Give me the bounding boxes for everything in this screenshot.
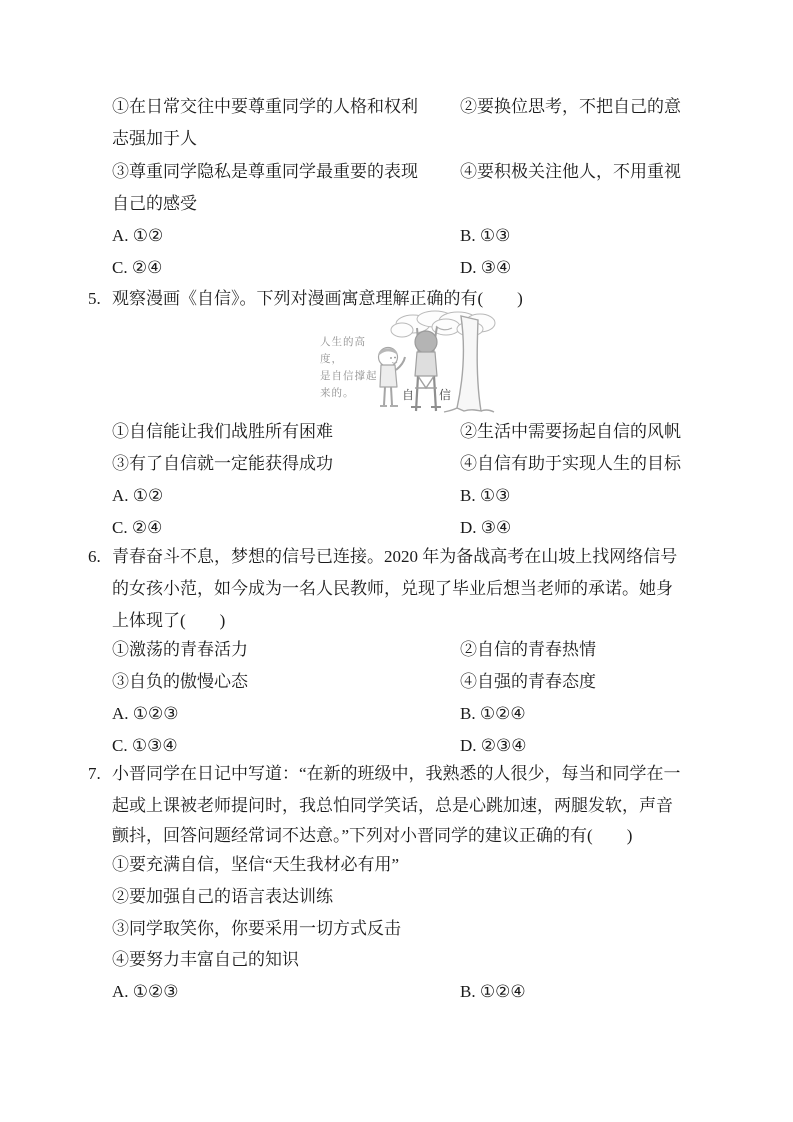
option-left: A. ①②③	[112, 980, 179, 1004]
question-number: 6.	[88, 545, 101, 569]
options-row: ①在日常交往中要尊重同学的人格和权利②要换位思考，不把自己的意	[88, 95, 748, 121]
option-left: ①激荡的青春活力	[112, 638, 248, 662]
text-line: ④要努力丰富自己的知识	[88, 948, 748, 974]
cartoon-caption-line: 是自信撑起	[320, 368, 386, 385]
question-number: 5.	[88, 287, 101, 311]
question-6: 6.青春奋斗不息，梦想的信号已连接。2020 年为备战高考在山坡上找网络信号	[88, 545, 748, 571]
question-text: 小晋同学在日记中写道：“在新的班级中，我熟悉的人很少，每当和同学在一	[112, 762, 681, 786]
option-right: B. ①③	[460, 224, 510, 248]
cartoon-caption-line: 来的。	[320, 385, 386, 402]
options-row: A. ①②B. ①③	[88, 224, 748, 250]
text-line: 上体现了( )	[88, 609, 748, 635]
confidence-cartoon: 自 信 人生的高度， 是自信撑起 来的。	[318, 310, 496, 413]
options-row: ①激荡的青春活力②自信的青春热情	[88, 638, 748, 664]
option-left: A. ①②	[112, 224, 163, 248]
option-right: ④要积极关注他人，不用重视	[460, 160, 681, 184]
line-text: 起或上课被老师提问时，我总怕同学笑话，总是心跳加速，两腿发软，声音	[112, 794, 673, 818]
option-right: ②自信的青春热情	[460, 638, 596, 662]
text-line: ②要加强自己的语言表达训练	[88, 885, 748, 911]
option-right: D. ②③④	[460, 734, 527, 758]
option-left: ③有了自信就一定能获得成功	[112, 452, 333, 476]
line-text: 自己的感受	[112, 192, 197, 216]
question-text: 青春奋斗不息，梦想的信号已连接。2020 年为备战高考在山坡上找网络信号	[112, 545, 677, 569]
stilt-label-left: 自	[402, 388, 414, 402]
options-row: C. ②④D. ③④	[88, 516, 748, 542]
text-line: 志强加于人	[88, 127, 748, 153]
line-text: 的女孩小范，如今成为一名人民教师，兑现了毕业后想当老师的承诺。她身	[112, 577, 673, 601]
option-right: D. ③④	[460, 516, 511, 540]
text-line: 起或上课被老师提问时，我总怕同学笑话，总是心跳加速，两腿发软，声音	[88, 794, 748, 820]
option-left: C. ①③④	[112, 734, 178, 758]
tree-foliage	[391, 311, 495, 337]
option-left: C. ②④	[112, 516, 162, 540]
options-row: ③有了自信就一定能获得成功④自信有助于实现人生的目标	[88, 452, 748, 478]
line-text: 颤抖，回答问题经常词不达意。”下列对小晋同学的建议正确的有( )	[112, 824, 632, 848]
text-line: 颤抖，回答问题经常词不达意。”下列对小晋同学的建议正确的有( )	[88, 824, 748, 850]
option-left: ③尊重同学隐私是尊重同学最重要的表现	[112, 160, 418, 184]
option-left: A. ①②③	[112, 702, 179, 726]
line-text: 志强加于人	[112, 127, 197, 151]
text-line: ①要充满自信，坚信“天生我材必有用”	[88, 853, 748, 879]
question-number: 7.	[88, 762, 101, 786]
options-row: C. ①③④D. ②③④	[88, 734, 748, 760]
options-row: C. ②④D. ③④	[88, 256, 748, 282]
question-text: 观察漫画《自信》。下列对漫画寓意理解正确的有( )	[112, 287, 523, 311]
question-7: 7.小晋同学在日记中写道：“在新的班级中，我熟悉的人很少，每当和同学在一	[88, 762, 748, 788]
line-text: ②要加强自己的语言表达训练	[112, 885, 333, 909]
options-row: A. ①②B. ①③	[88, 484, 748, 510]
line-text: ①要充满自信，坚信“天生我材必有用”	[112, 853, 399, 877]
options-row: A. ①②③B. ①②④	[88, 702, 748, 728]
options-row: ③自负的傲慢心态④自强的青春态度	[88, 670, 748, 696]
line-text: ③同学取笑你，你要采用一切方式反击	[112, 917, 401, 941]
option-right: ②要换位思考，不把自己的意	[460, 95, 681, 119]
option-left: ①在日常交往中要尊重同学的人格和权利	[112, 95, 418, 119]
text-line: 自己的感受	[88, 192, 748, 218]
stilt-walker	[411, 327, 441, 411]
line-text: 上体现了( )	[112, 609, 225, 633]
option-right: B. ①②④	[460, 702, 526, 726]
option-right: ②生活中需要扬起自信的风帆	[460, 420, 681, 444]
cartoon-caption: 人生的高度， 是自信撑起 来的。	[320, 334, 386, 402]
option-right: ④自信有助于实现人生的目标	[460, 452, 681, 476]
option-right: B. ①②④	[460, 980, 526, 1004]
exam-page: ①在日常交往中要尊重同学的人格和权利②要换位思考，不把自己的意志强加于人③尊重同…	[0, 0, 793, 1122]
option-left: C. ②④	[112, 256, 162, 280]
option-left: ①自信能让我们战胜所有困难	[112, 420, 333, 444]
text-line: 的女孩小范，如今成为一名人民教师，兑现了毕业后想当老师的承诺。她身	[88, 577, 748, 603]
option-left: ③自负的傲慢心态	[112, 670, 248, 694]
text-line: ③同学取笑你，你要采用一切方式反击	[88, 917, 748, 943]
cartoon-caption-line: 人生的高度，	[320, 334, 386, 368]
option-right: D. ③④	[460, 256, 511, 280]
line-text: ④要努力丰富自己的知识	[112, 948, 299, 972]
options-row: ③尊重同学隐私是尊重同学最重要的表现④要积极关注他人，不用重视	[88, 160, 748, 186]
options-row: ①自信能让我们战胜所有困难②生活中需要扬起自信的风帆	[88, 420, 748, 446]
option-left: A. ①②	[112, 484, 163, 508]
stilt-label-right: 信	[439, 387, 451, 402]
option-right: B. ①③	[460, 484, 510, 508]
options-row: A. ①②③B. ①②④	[88, 980, 748, 1006]
option-right: ④自强的青春态度	[460, 670, 596, 694]
